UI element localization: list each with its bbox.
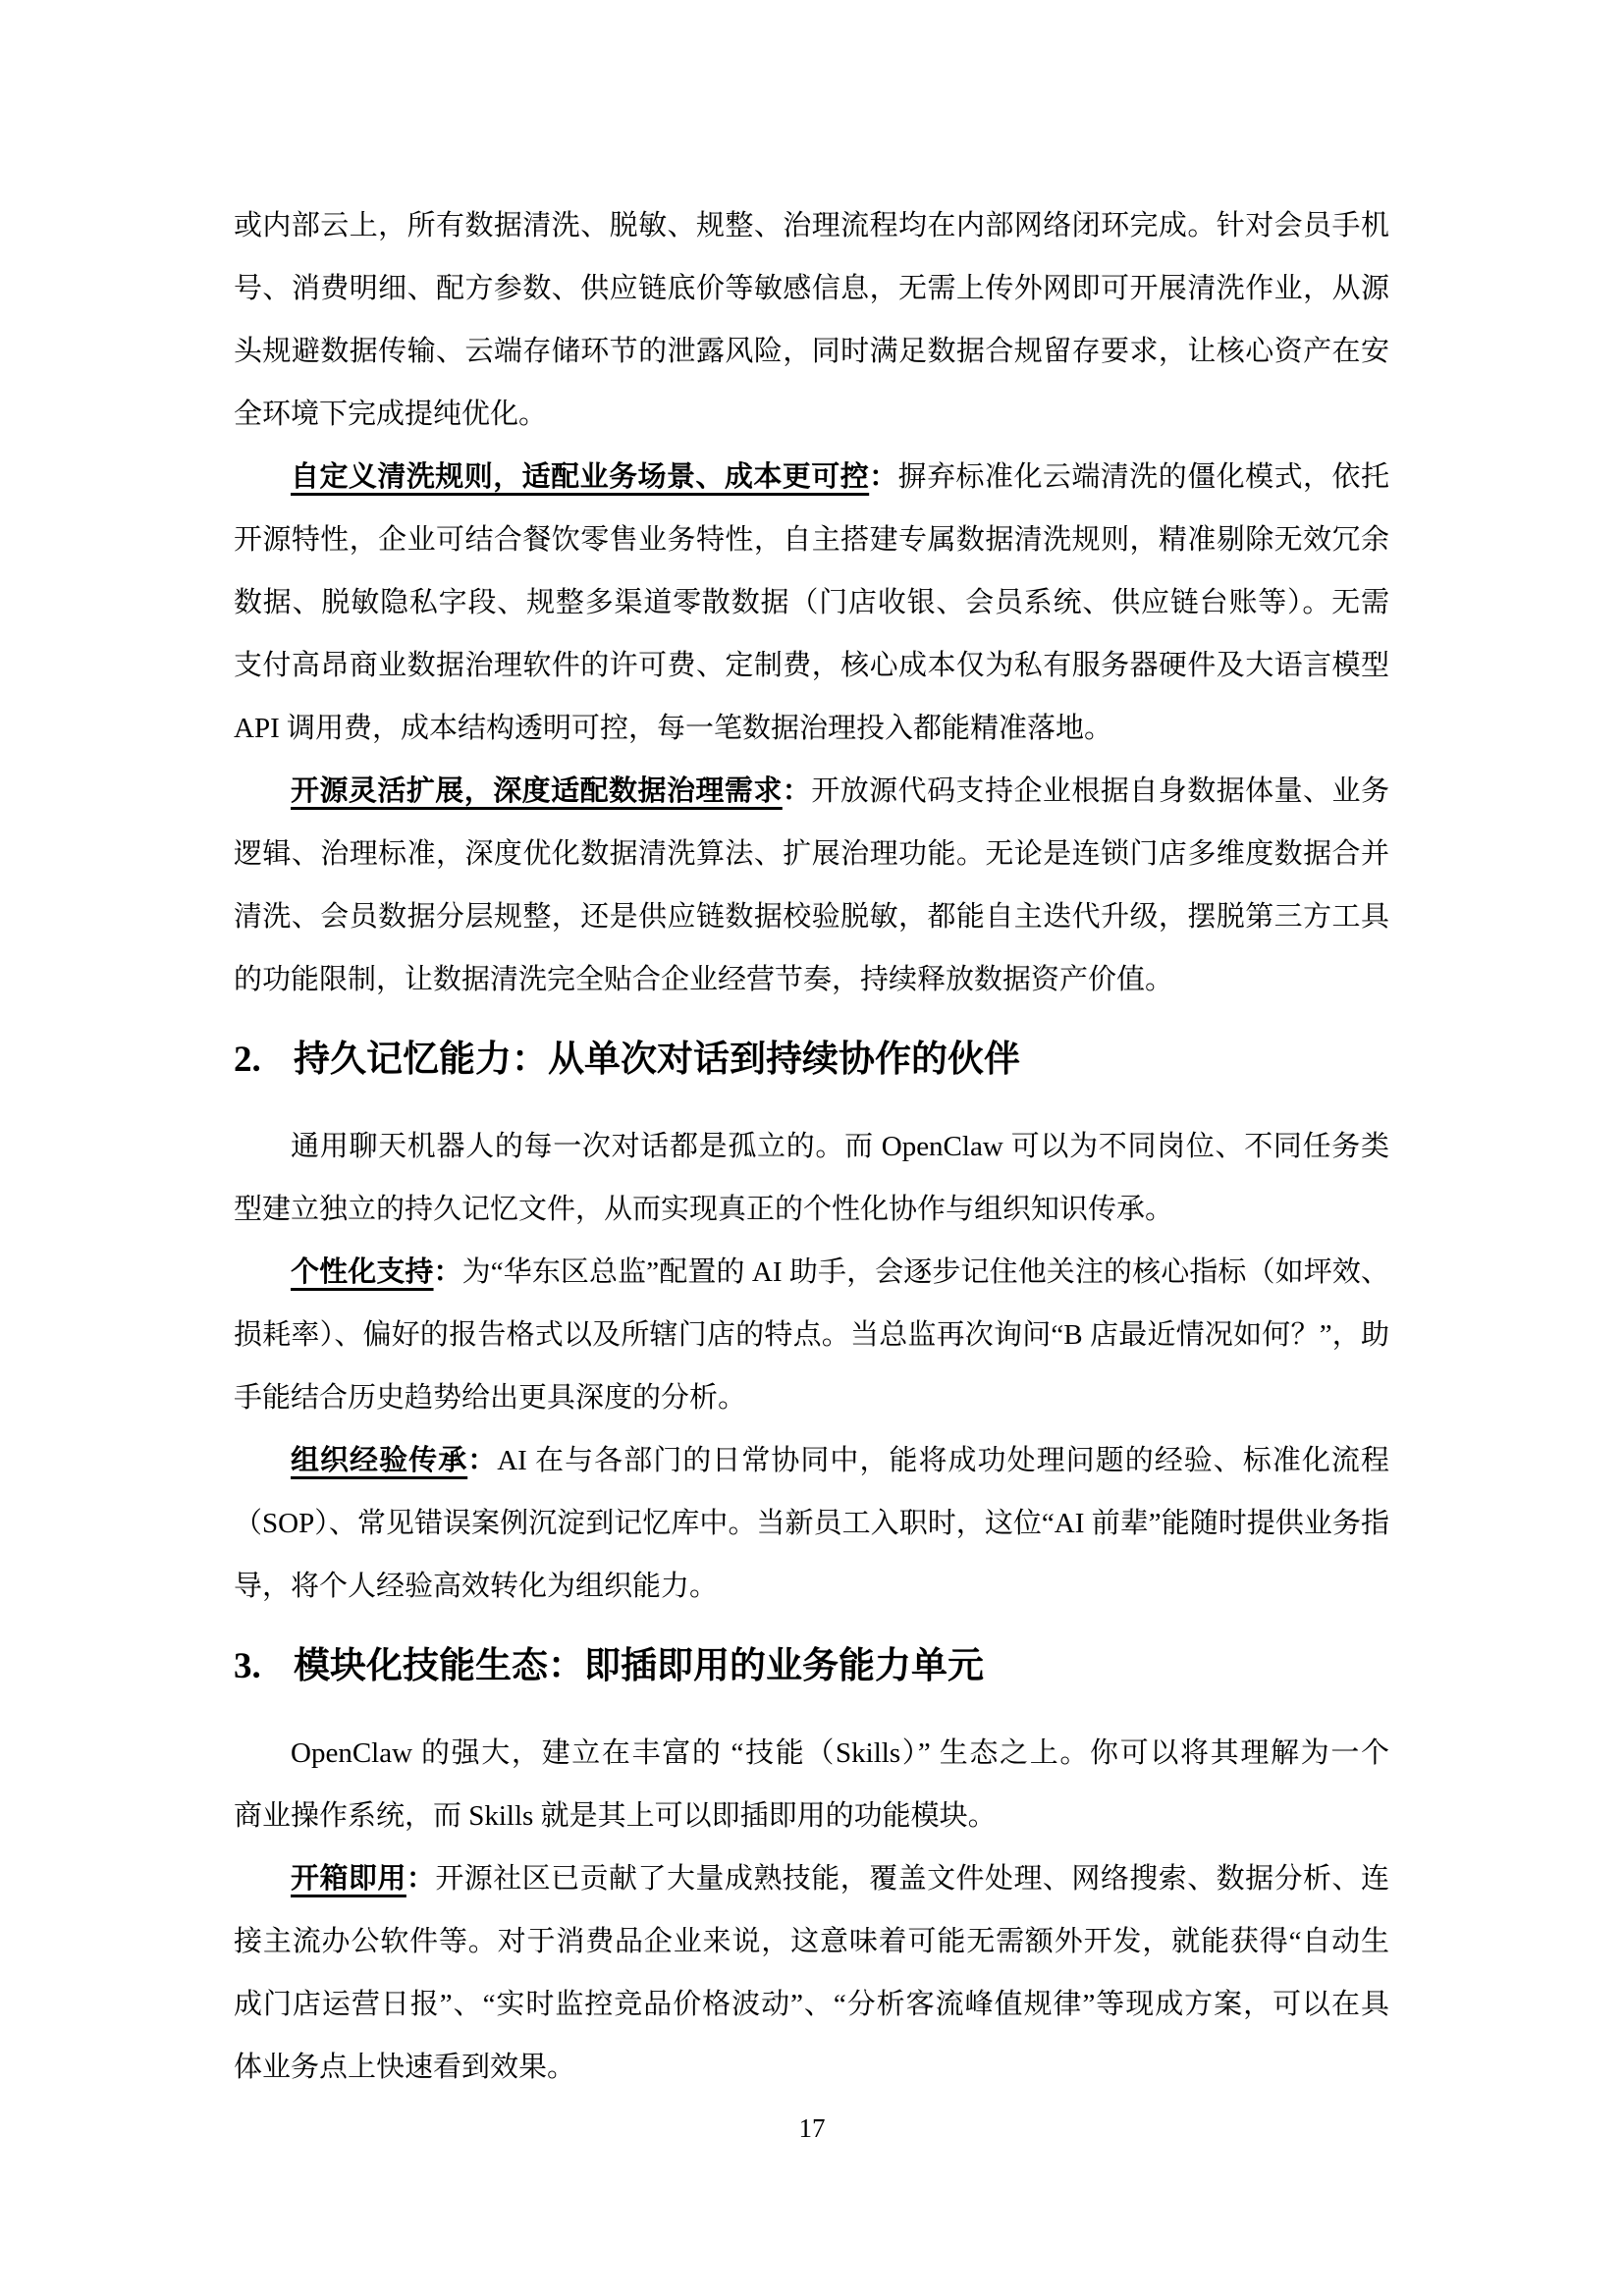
text-line: 开源灵活扩展，深度适配数据治理需求：开放源代码支持企业根据自身数据体量、业务 [234,760,1389,823]
paragraph: 通用聊天机器人的每一次对话都是孤立的。而 OpenClaw 可以为不同岗位、不同… [234,1115,1389,1241]
body-text: 支付高昂商业数据治理软件的许可费、定制费，核心成本仅为私有服务器硬件及大语言模型 [234,650,1389,681]
text-line: 全环境下完成提纯优化。 [234,383,1389,446]
text-line: 的功能限制，让数据清洗完全贴合企业经营节奏，持续释放数据资产价值。 [234,948,1389,1011]
body-text: 通用聊天机器人的每一次对话都是孤立的。而 OpenClaw 可以为不同岗位、不同… [291,1131,1389,1162]
text-line: 个性化支持：为“华东区总监”配置的 AI 助手，会逐步记住他关注的核心指标（如坪… [234,1241,1389,1304]
paragraph: 开源灵活扩展，深度适配数据治理需求：开放源代码支持企业根据自身数据体量、业务逻辑… [234,760,1389,1011]
body-text: 型建立独立的持久记忆文件，从而实现真正的个性化协作与组织知识传承。 [234,1194,1173,1225]
lead-emphasis: 自定义清洗规则，适配业务场景、成本更可控 [291,461,869,493]
body-text: OpenClaw 的强大，建立在丰富的 “技能（Skills）” 生态之上。你可… [291,1737,1389,1769]
text-line: API 调用费，成本结构透明可控，每一笔数据治理投入都能精准落地。 [234,697,1389,760]
paragraph: 个性化支持：为“华东区总监”配置的 AI 助手，会逐步记住他关注的核心指标（如坪… [234,1241,1389,1429]
body-text: 商业操作系统，而 Skills 就是其上可以即插即用的功能模块。 [234,1800,997,1832]
lead-colon: ： [783,775,811,807]
lead-emphasis: 组织经验传承 [291,1445,467,1476]
body-text: 成门店运营日报”、“实时监控竞品价格波动”、“分析客流峰值规律”等现成方案，可以… [234,1989,1389,2020]
document-page: 或内部云上，所有数据清洗、脱敏、规整、治理流程均在内部网络闭环完成。针对会员手机… [0,0,1624,2296]
text-line: 成门店运营日报”、“实时监控竞品价格波动”、“分析客流峰值规律”等现成方案，可以… [234,1973,1389,2036]
heading-text: 模块化技能生态：即插即用的业务能力单元 [294,1635,984,1698]
body-text: AI 在与各部门的日常协同中，能将成功处理问题的经验、标准化流程 [497,1445,1389,1476]
heading-text: 持久记忆能力：从单次对话到持续协作的伙伴 [294,1029,1020,1092]
text-line: 组织经验传承：AI 在与各部门的日常协同中，能将成功处理问题的经验、标准化流程 [234,1429,1389,1492]
text-line: 开源特性，企业可结合餐饮零售业务特性，自主搭建专属数据清洗规则，精准剔除无效冗余 [234,508,1389,571]
body-text: 导，将个人经验高效转化为组织能力。 [234,1571,718,1602]
body-text: 损耗率）、偏好的报告格式以及所辖门店的特点。当总监再次询问“B 店最近情况如何？… [234,1319,1389,1351]
text-line: 接主流办公软件等。对于消费品企业来说，这意味着可能无需额外开发，就能获得“自动生 [234,1910,1389,1973]
text-line: 支付高昂商业数据治理软件的许可费、定制费，核心成本仅为私有服务器硬件及大语言模型 [234,634,1389,697]
text-line: OpenClaw 的强大，建立在丰富的 “技能（Skills）” 生态之上。你可… [234,1722,1389,1785]
paragraph: 组织经验传承：AI 在与各部门的日常协同中，能将成功处理问题的经验、标准化流程（… [234,1429,1389,1618]
paragraph: 开箱即用：开源社区已贡献了大量成熟技能，覆盖文件处理、网络搜索、数据分析、连接主… [234,1847,1389,2099]
body-text: 手能结合历史趋势给出更具深度的分析。 [234,1382,746,1414]
heading-number: 3. [234,1635,294,1698]
body-text: （SOP）、常见错误案例沉淀到记忆库中。当新员工入职时，这位“AI 前辈”能随时… [234,1508,1389,1539]
paragraph: OpenClaw 的强大，建立在丰富的 “技能（Skills）” 生态之上。你可… [234,1722,1389,1847]
lead-emphasis: 开箱即用 [291,1863,406,1895]
text-line: （SOP）、常见错误案例沉淀到记忆库中。当新员工入职时，这位“AI 前辈”能随时… [234,1492,1389,1555]
lead-colon: ： [434,1256,462,1288]
text-line: 开箱即用：开源社区已贡献了大量成熟技能，覆盖文件处理、网络搜索、数据分析、连 [234,1847,1389,1910]
text-line: 商业操作系统，而 Skills 就是其上可以即插即用的功能模块。 [234,1785,1389,1847]
page-number: 17 [799,2113,826,2143]
body-text: 体业务点上快速看到效果。 [234,2052,575,2083]
text-line: 数据、脱敏隐私字段、规整多渠道零散数据（门店收银、会员系统、供应链台账等）。无需 [234,571,1389,634]
text-line: 或内部云上，所有数据清洗、脱敏、规整、治理流程均在内部网络闭环完成。针对会员手机 [234,194,1389,257]
text-line: 导，将个人经验高效转化为组织能力。 [234,1555,1389,1618]
body-text: 全环境下完成提纯优化。 [234,399,547,430]
body-text: 逻辑、治理标准，深度优化数据清洗算法、扩展治理功能。无论是连锁门店多维度数据合并 [234,838,1389,870]
paragraph: 自定义清洗规则，适配业务场景、成本更可控：摒弃标准化云端清洗的僵化模式，依托开源… [234,446,1389,760]
lead-emphasis: 开源灵活扩展，深度适配数据治理需求 [291,775,783,807]
text-line: 体业务点上快速看到效果。 [234,2036,1389,2099]
body-text: 或内部云上，所有数据清洗、脱敏、规整、治理流程均在内部网络闭环完成。针对会员手机 [234,210,1389,241]
body-text: 数据、脱敏隐私字段、规整多渠道零散数据（门店收银、会员系统、供应链台账等）。无需 [234,587,1389,618]
page-footer: 17 [0,2112,1624,2144]
text-line: 号、消费明细、配方参数、供应链底价等敏感信息，无需上传外网即可开展清洗作业，从源 [234,257,1389,320]
section-heading: 2.持久记忆能力：从单次对话到持续协作的伙伴 [234,1029,1389,1092]
lead-colon: ： [869,461,897,493]
body-text: 开源社区已贡献了大量成熟技能，覆盖文件处理、网络搜索、数据分析、连 [435,1863,1389,1895]
text-line: 头规避数据传输、云端存储环节的泄露风险，同时满足数据合规留存要求，让核心资产在安 [234,320,1389,383]
body-text: 开源特性，企业可结合餐饮零售业务特性，自主搭建专属数据清洗规则，精准剔除无效冗余 [234,524,1389,556]
text-line: 损耗率）、偏好的报告格式以及所辖门店的特点。当总监再次询问“B 店最近情况如何？… [234,1304,1389,1366]
lead-colon: ： [406,1863,435,1895]
body-text: 头规避数据传输、云端存储环节的泄露风险，同时满足数据合规留存要求，让核心资产在安 [234,336,1389,367]
text-line: 自定义清洗规则，适配业务场景、成本更可控：摒弃标准化云端清洗的僵化模式，依托 [234,446,1389,508]
lead-emphasis: 个性化支持 [291,1256,434,1288]
text-line: 手能结合历史趋势给出更具深度的分析。 [234,1366,1389,1429]
text-line: 型建立独立的持久记忆文件，从而实现真正的个性化协作与组织知识传承。 [234,1178,1389,1241]
heading-number: 2. [234,1029,294,1092]
text-line: 通用聊天机器人的每一次对话都是孤立的。而 OpenClaw 可以为不同岗位、不同… [234,1115,1389,1178]
text-line: 逻辑、治理标准，深度优化数据清洗算法、扩展治理功能。无论是连锁门店多维度数据合并 [234,823,1389,885]
lead-colon: ： [467,1445,497,1476]
body-text: 清洗、会员数据分层规整，还是供应链数据校验脱敏，都能自主迭代升级，摆脱第三方工具 [234,901,1389,933]
body-text: API 调用费，成本结构透明可控，每一笔数据治理投入都能精准落地。 [234,713,1112,744]
body-text: 的功能限制，让数据清洗完全贴合企业经营节奏，持续释放数据资产价值。 [234,964,1173,995]
section-heading: 3.模块化技能生态：即插即用的业务能力单元 [234,1635,1389,1698]
body-text: 接主流办公软件等。对于消费品企业来说，这意味着可能无需额外开发，就能获得“自动生 [234,1926,1389,1957]
body-text: 开放源代码支持企业根据自身数据体量、业务 [811,775,1389,807]
text-line: 清洗、会员数据分层规整，还是供应链数据校验脱敏，都能自主迭代升级，摆脱第三方工具 [234,885,1389,948]
page-content: 或内部云上，所有数据清洗、脱敏、规整、治理流程均在内部网络闭环完成。针对会员手机… [234,194,1389,2099]
body-text: 为“华东区总监”配置的 AI 助手，会逐步记住他关注的核心指标（如坪效、 [462,1256,1389,1288]
body-text: 号、消费明细、配方参数、供应链底价等敏感信息，无需上传外网即可开展清洗作业，从源 [234,273,1389,304]
paragraph: 或内部云上，所有数据清洗、脱敏、规整、治理流程均在内部网络闭环完成。针对会员手机… [234,194,1389,446]
body-text: 摒弃标准化云端清洗的僵化模式，依托 [898,461,1389,493]
